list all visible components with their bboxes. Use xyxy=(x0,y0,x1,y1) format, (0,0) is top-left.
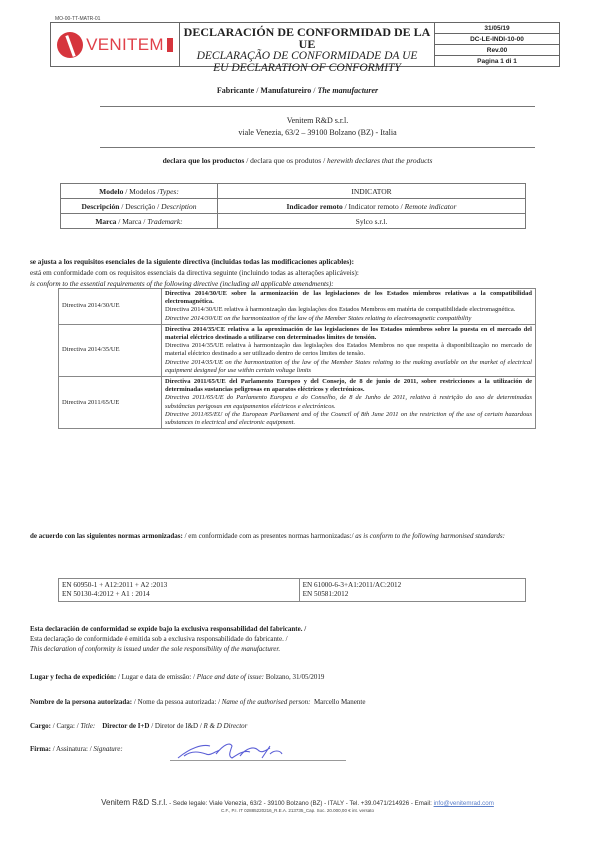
manufacturer-box: Venitem R&D s.r.l. viale Venezia, 63/2 –… xyxy=(100,106,535,148)
meta-date: 31/05/19 xyxy=(435,23,559,34)
standards-table: EN 60950-1 + A12:2011 + A2 :2013EN 50130… xyxy=(58,578,526,602)
footer-email-link[interactable]: info@venitemrad.com xyxy=(434,800,494,807)
standards-right: EN 61000-6-3+A1:2011/AC:2012EN 50581:201… xyxy=(299,579,525,602)
standards-intro: de acuerdo con las siguientes normas arm… xyxy=(30,531,570,541)
table-row: Descripción / Descrição / Description In… xyxy=(61,199,526,214)
meta-revision: Rev.00 xyxy=(435,45,559,56)
declares-statement: declara que los productos / declara que … xyxy=(0,156,595,165)
company-logo: VENITEM xyxy=(51,23,180,66)
directive-text: Directiva 2014/35/CE relativa a la aprox… xyxy=(162,324,536,376)
signature-icon xyxy=(170,740,346,762)
table-row: Marca / Marca / Trademark: Sylco s.r.l. xyxy=(61,214,526,229)
logo-mark-icon xyxy=(57,32,83,58)
directives-table: Directiva 2014/30/UE Directiva 2014/30/U… xyxy=(58,288,536,429)
page-footer: Venitem R&D S.r.l. - Sede legale: Viale … xyxy=(0,798,595,813)
manufacturer-name: Venitem R&D s.r.l. xyxy=(100,115,535,127)
footer-fiscal: C.F., P.I. IT 02885220216_R.E.A. 213735_… xyxy=(0,808,595,813)
product-label: Marca / Marca / Trademark: xyxy=(61,214,218,229)
title-es: DECLARACIÓN DE CONFORMIDAD DE LA UE xyxy=(180,26,434,50)
product-value: Sylco s.r.l. xyxy=(218,214,526,229)
table-row: Modelo / Modelos /Types: INDICATOR xyxy=(61,184,526,199)
product-label: Modelo / Modelos /Types: xyxy=(61,184,218,199)
manufacturer-address: viale Venezia, 63/2 – 39100 Bolzano (BZ)… xyxy=(100,127,535,139)
table-row: Directiva 2011/65/UE Directiva 2011/65/U… xyxy=(59,377,536,429)
table-row: EN 60950-1 + A12:2011 + A2 :2013EN 50130… xyxy=(59,579,526,602)
signature-field xyxy=(170,740,346,761)
title-pt: DECLARAÇÃO DE CONFORMIDADE DA UE xyxy=(180,50,434,62)
document-header: VENITEM DECLARACIÓN DE CONFORMIDAD DE LA… xyxy=(50,22,560,67)
meta-page: Pagina 1 di 1 xyxy=(435,56,559,66)
product-table: Modelo / Modelos /Types: INDICATOR Descr… xyxy=(60,183,526,229)
table-row: Directiva 2014/35/UE Directiva 2014/35/C… xyxy=(59,324,536,376)
table-row: Directiva 2014/30/UE Directiva 2014/30/U… xyxy=(59,289,536,325)
place-date-line: Lugar y fecha de expedición: / Lugar e d… xyxy=(30,673,570,681)
product-value: INDICATOR xyxy=(218,184,526,199)
product-value: Indicador remoto / Indicator remoto / Re… xyxy=(218,199,526,214)
directive-label: Directiva 2011/65/UE xyxy=(59,377,162,429)
directive-text: Directiva 2014/30/UE sobre la armonizaci… xyxy=(162,289,536,325)
directive-label: Directiva 2014/30/UE xyxy=(59,289,162,325)
authorised-person-line: Nombre de la persona autorizada: / Nome … xyxy=(30,698,570,706)
meta-doc-number: DC-LE-INDI-10-00 xyxy=(435,34,559,45)
standards-left: EN 60950-1 + A12:2011 + A2 :2013EN 50130… xyxy=(59,579,300,602)
document-title: DECLARACIÓN DE CONFORMIDAD DE LA UE DECL… xyxy=(180,23,435,66)
responsibility-statement: Esta declaración de conformidad se expid… xyxy=(30,624,570,654)
place-date-value: Bolzano, 31/05/2019 xyxy=(266,673,325,681)
directive-label: Directiva 2014/35/UE xyxy=(59,324,162,376)
logo-badge-icon xyxy=(167,38,173,52)
footer-company: Venitem R&D S.r.l. xyxy=(101,798,167,807)
product-label: Descripción / Descrição / Description xyxy=(61,199,218,214)
manufacturer-label: Fabricante / Manufatureiro / The manufac… xyxy=(0,86,595,95)
title-line: Cargo: / Carga: / Title: Director de I+D… xyxy=(30,722,570,730)
logo-text: VENITEM xyxy=(86,35,164,55)
directive-text: Directiva 2011/65/UE del Parlamento Euro… xyxy=(162,377,536,429)
requirements-statement: se ajusta a los requisitos esenciales de… xyxy=(30,257,570,290)
authorised-person-value: Marcello Manente xyxy=(314,698,366,706)
title-en: EU DECLARATION OF CONFORMITY xyxy=(180,62,434,74)
document-meta: 31/05/19 DC-LE-INDI-10-00 Rev.00 Pagina … xyxy=(435,23,559,66)
